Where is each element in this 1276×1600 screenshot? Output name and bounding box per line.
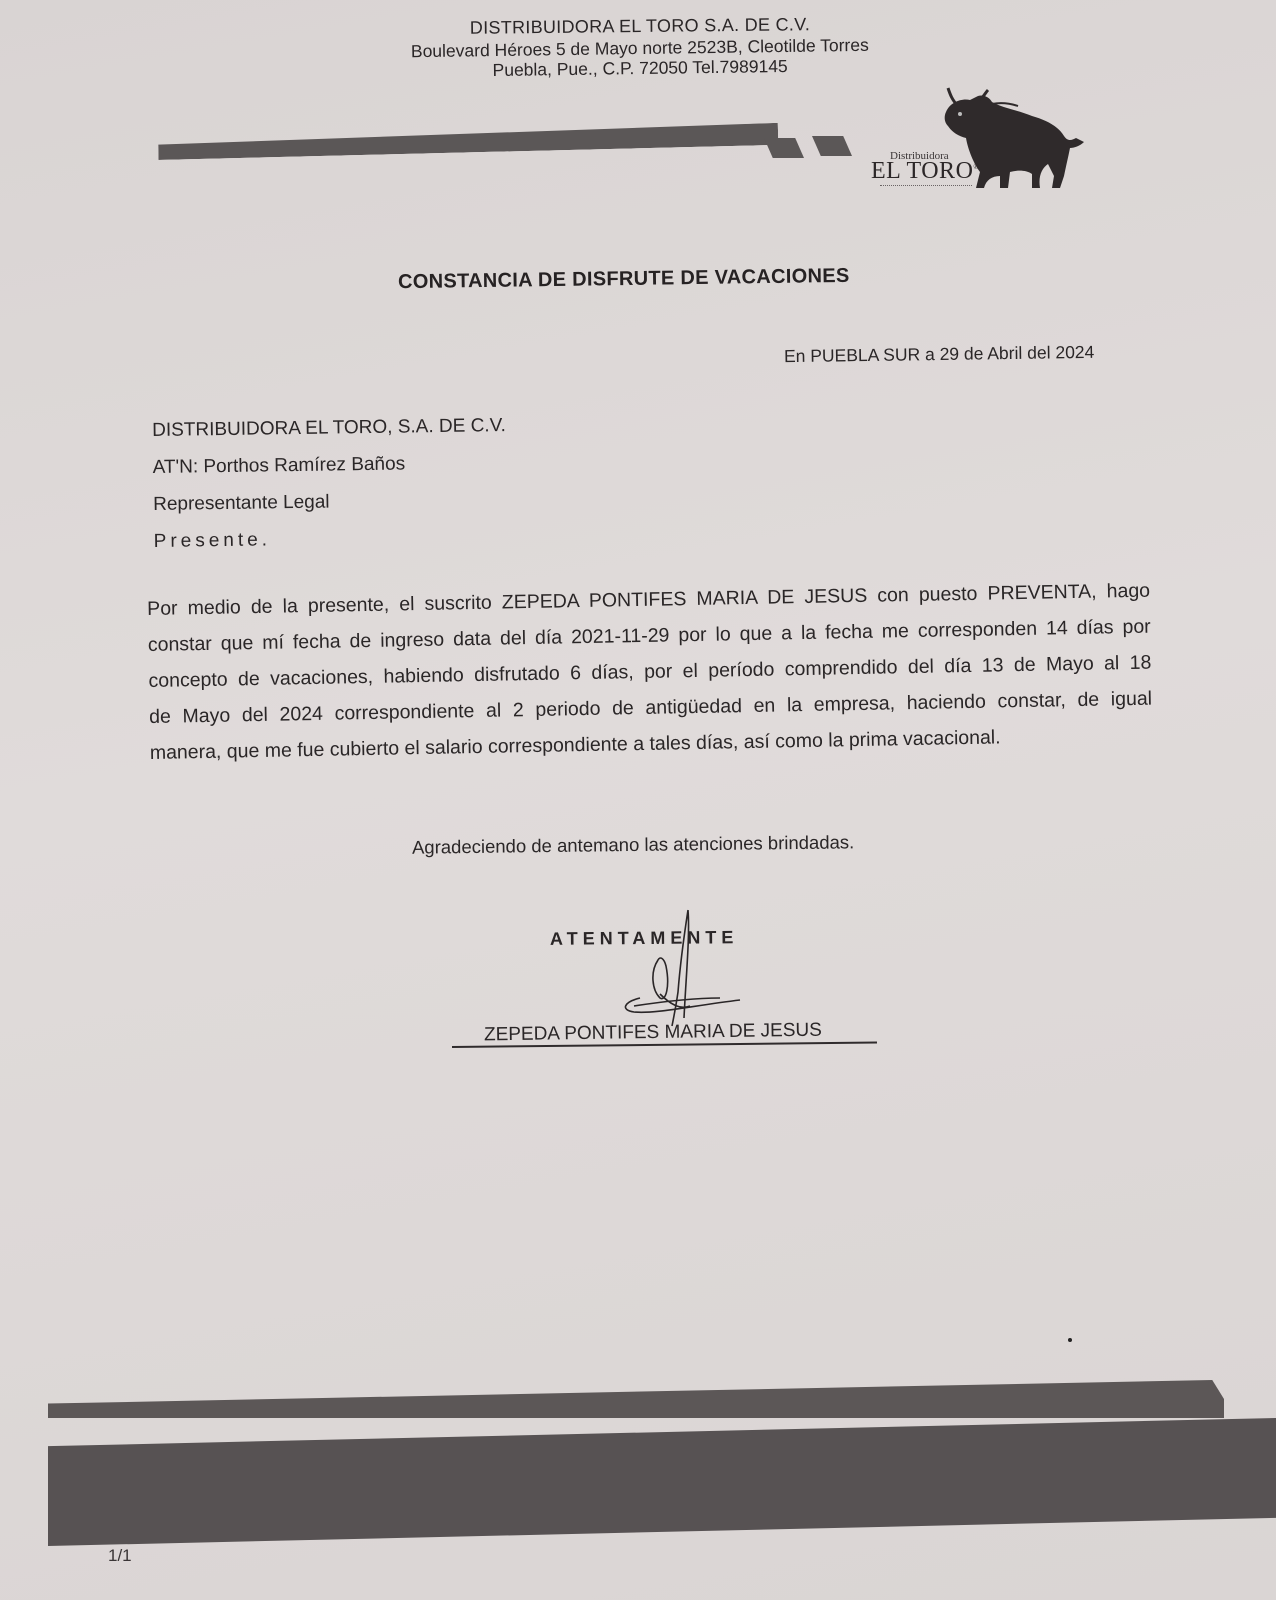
- paper-speck: [1068, 1338, 1072, 1342]
- thanks-line: Agradeciendo de antemano las atenciones …: [412, 831, 855, 858]
- letterhead-address: Boulevard Héroes 5 de Mayo norte 2523B, …: [370, 34, 911, 82]
- document-title: CONSTANCIA DE DISFRUTE DE VACACIONES: [398, 265, 850, 294]
- header-bar: [158, 123, 778, 160]
- addressee-role: Representante Legal: [153, 489, 507, 531]
- signature-scribble: [600, 906, 760, 1036]
- addressee-salutation: Presente.: [154, 526, 508, 568]
- registered-mark: ®: [973, 162, 980, 171]
- document-page: DISTRIBUIDORA EL TORO S.A. DE C.V. Boule…: [0, 0, 1276, 1600]
- body-paragraph: Por medio de la presente, el suscrito ZE…: [147, 580, 1153, 778]
- header-stripe-2: [812, 136, 852, 156]
- header-stripe-1: [764, 138, 804, 158]
- addressee-company: DISTRIBUIDORA EL TORO, S.A. DE C.V.: [152, 415, 506, 457]
- place-date: En PUEBLA SUR a 29 de Abril del 2024: [784, 342, 1095, 367]
- addressee-block: DISTRIBUIDORA EL TORO, S.A. DE C.V. AT'N…: [152, 415, 508, 568]
- logo-name: EL TORO®: [871, 158, 980, 185]
- footer-band-bottom: [48, 1418, 1276, 1546]
- footer-band-top: [48, 1380, 1224, 1418]
- logo-name-text: EL TORO: [871, 158, 973, 184]
- page-number: 1/1: [108, 1546, 132, 1566]
- addressee-attention: AT'N: Porthos Ramírez Baños: [153, 452, 507, 494]
- logo-tagline: [880, 185, 972, 188]
